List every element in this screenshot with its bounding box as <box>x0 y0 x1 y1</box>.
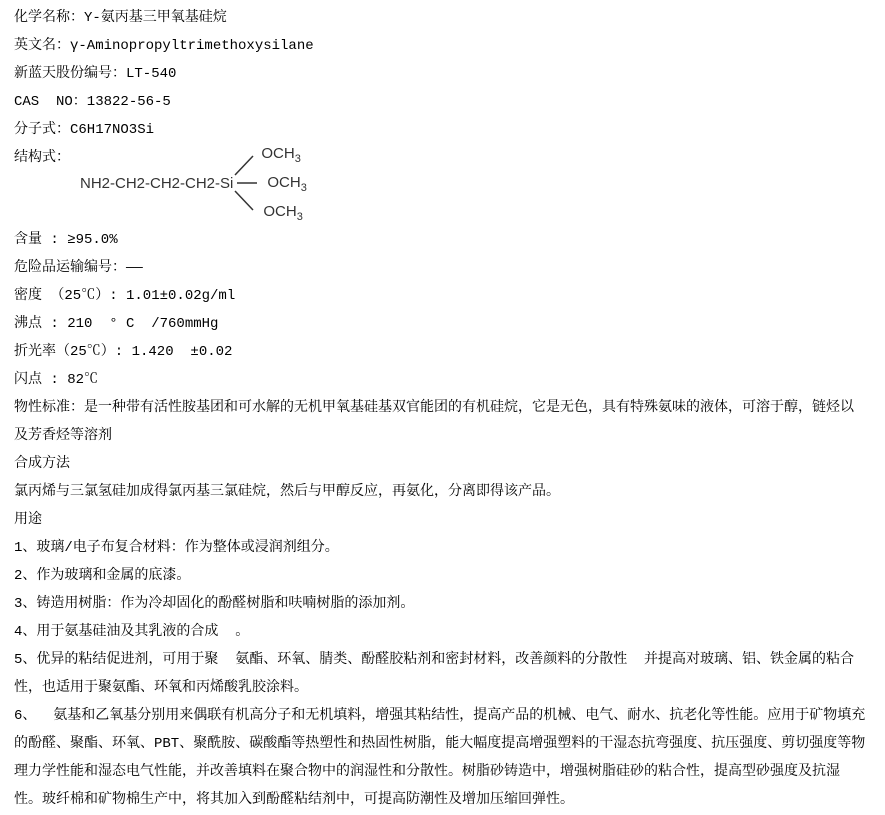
structural-formula: NH2-CH2-CH2-CH2-Si OCH3 OCH3 OCH3 <box>80 146 307 220</box>
methoxy-text: OCH <box>263 203 296 220</box>
usage-item-3: 3、铸造用树脂：作为冷却固化的酚醛树脂和呋喃树脂的添加剂。 <box>14 590 867 618</box>
methoxy-subscript: 3 <box>295 153 301 165</box>
structure-section: 结构式： NH2-CH2-CH2-CH2-Si OCH3 OCH3 OCH3 <box>14 144 867 226</box>
field-transport-code: 危险品运输编号：—— <box>14 254 867 282</box>
synthesis-title: 合成方法 <box>14 450 867 478</box>
chemical-datasheet: 化学名称：Y-氨丙基三甲氧基硅烷 英文名：γ-Aminopropyltrimet… <box>0 0 885 814</box>
methoxy-text: OCH <box>261 145 294 162</box>
field-company-code: 新蓝天股份编号：LT-540 <box>14 60 867 88</box>
field-refractive-index: 折光率（25℃）: 1.420 ±0.02 <box>14 338 867 366</box>
bond-lines-icon <box>234 146 260 220</box>
field-content: 含量 : ≥95.0% <box>14 226 867 254</box>
formula-chain: NH2-CH2-CH2-CH2-Si <box>80 175 233 192</box>
usage-item-4: 4、用于氨基硅油及其乳液的合成 。 <box>14 618 867 646</box>
usage-item-6: 6、 氨基和乙氧基分别用来偶联有机高分子和无机填料，增强其粘结性，提高产品的机械… <box>14 702 867 814</box>
structure-label: 结构式： <box>14 144 70 172</box>
usage-title: 用途 <box>14 506 867 534</box>
formula-methoxy-bottom: OCH3 <box>263 204 306 220</box>
field-flash-point: 闪点 : 82℃ <box>14 366 867 394</box>
methoxy-subscript: 3 <box>297 211 303 223</box>
synthesis-paragraph: 氯丙烯与三氯氢硅加成得氯丙基三氯硅烷，然后与甲醇反应，再氨化，分离即得该产品。 <box>14 478 867 506</box>
field-boiling-point: 沸点 : 210 ° C /760mmHg <box>14 310 867 338</box>
field-density: 密度 （25℃）: 1.01±0.02g/ml <box>14 282 867 310</box>
field-molecular-formula: 分子式：C6H17NO3Si <box>14 116 867 144</box>
physical-standard-paragraph: 物性标准：是一种带有活性胺基团和可水解的无机甲氧基硅基双官能团的有机硅烷，它是无… <box>14 394 867 450</box>
methoxy-subscript: 3 <box>301 182 307 194</box>
field-cas-no: CAS NO：13822-56-5 <box>14 88 867 116</box>
usage-item-5: 5、优异的粘结促进剂，可用于聚 氨酯、环氧、腈类、酚醛胶粘剂和密封材料，改善颜料… <box>14 646 867 702</box>
usage-item-2: 2、作为玻璃和金属的底漆。 <box>14 562 867 590</box>
page: { "colors": { "background": "#ffffff", "… <box>0 0 885 815</box>
methoxy-groups: OCH3 OCH3 OCH3 <box>261 146 306 220</box>
usage-item-1: 1、玻璃/电子布复合材料：作为整体或浸润剂组分。 <box>14 534 867 562</box>
methoxy-text: OCH <box>267 174 300 191</box>
field-chemical-name: 化学名称：Y-氨丙基三甲氧基硅烷 <box>14 4 867 32</box>
field-english-name: 英文名：γ-Aminopropyltrimethoxysilane <box>14 32 867 60</box>
formula-methoxy-middle: OCH3 <box>267 175 306 191</box>
formula-methoxy-top: OCH3 <box>261 146 306 162</box>
